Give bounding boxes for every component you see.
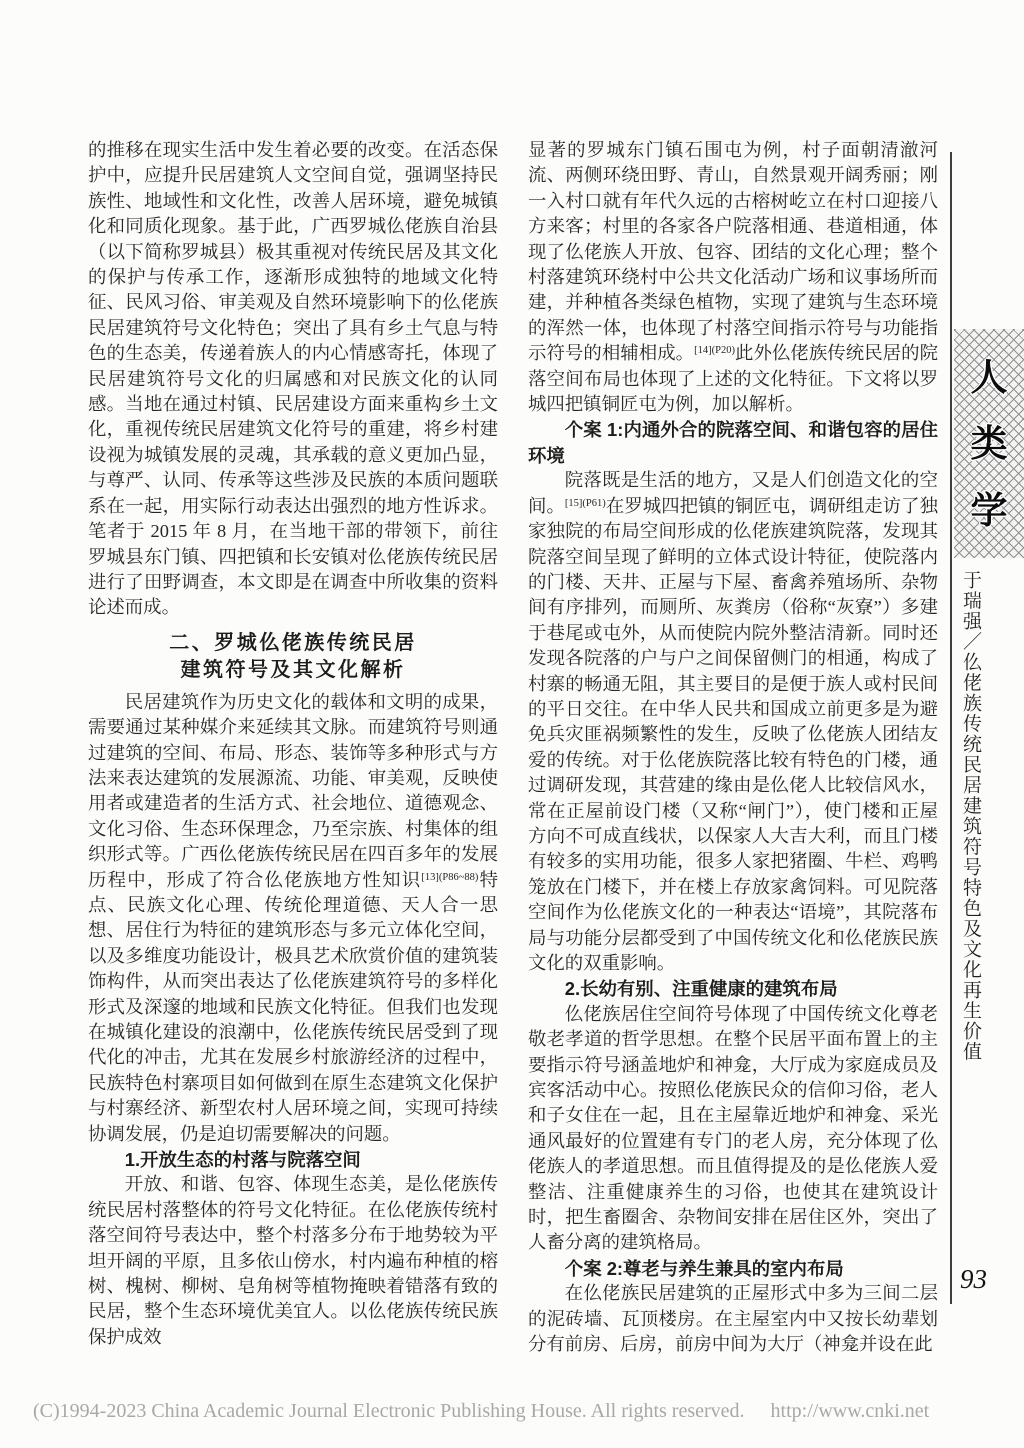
journal-page: 的推移在现实生活中发生着必要的改变。在活态保护中，应提升民居建筑人文空间自觉，强… — [0, 0, 1024, 1448]
citation-superscript: [15](P61) — [565, 498, 606, 509]
footer-url: http://www.cnki.net — [771, 1400, 930, 1422]
paragraph: 开放、和谐、包容、体现生态美，是仫佬族传统民居村落整体的符号文化特征。在仫佬族传… — [88, 1172, 498, 1350]
category-char: 类 — [971, 425, 1008, 462]
sub-heading: 2.长幼有别、注重健康的建筑布局 — [528, 976, 938, 1001]
section-heading: 二、罗城仫佬族传统民居建筑符号及其文化解析 — [88, 630, 498, 684]
category-char: 学 — [971, 492, 1008, 529]
citation-superscript: [14](P20) — [694, 345, 735, 356]
sidebar-divider-line — [950, 152, 952, 1304]
paragraph: 民居建筑作为历史文化的载体和文明的成果，需要通过某种媒介来延续其文脉。而建筑符号… — [88, 690, 498, 1147]
left-column: 的推移在现实生活中发生着必要的改变。在活态保护中，应提升民居建筑人文空间自觉，强… — [88, 138, 498, 1350]
sub-heading: 个案 2:尊老与养生兼具的室内布局 — [528, 1256, 938, 1281]
paragraph: 的推移在现实生活中发生着必要的改变。在活态保护中，应提升民居建筑人文空间自觉，强… — [88, 138, 498, 621]
paragraph: 仫佬族居住空间符号体现了中国传统文化尊老敬老孝道的哲学思想。在整个民居平面布置上… — [528, 1002, 938, 1256]
citation-superscript: [13](P86~88) — [421, 872, 478, 883]
sub-heading: 个案 1:内通外合的院落空间、和谐包容的居住环境 — [528, 417, 938, 468]
paragraph: 院落既是生活的地方，又是人们创造文化的空间。[15](P61)在罗城四把镇的铜匠… — [528, 468, 938, 976]
section-heading-line: 建筑符号及其文化解析 — [88, 657, 498, 684]
sub-heading: 1.开放生态的村落与院落空间 — [88, 1147, 498, 1172]
section-heading-line: 二、罗城仫佬族传统民居 — [88, 630, 498, 657]
paragraph: 在仫佬族民居建筑的正屋形式中多为三间二层的泥砖墙、瓦顶楼房。在主屋室内中又按长幼… — [528, 1281, 938, 1357]
category-box: 人 类 学 — [954, 329, 1024, 558]
sidebar-byline: 于瑞强／仫佬族传统民居建筑符号特色及文化再生价值 — [957, 570, 984, 1075]
footer-copyright: (C)1994-2023 China Academic Journal Elec… — [33, 1400, 745, 1422]
footer: (C)1994-2023 China Academic Journal Elec… — [33, 1400, 993, 1423]
page-number: 93 — [960, 1264, 987, 1295]
right-column: 显著的罗城东门镇石围屯为例，村子面朝清澈河流、两侧环绕田野、青山，自然景观开阔秀… — [528, 138, 938, 1358]
paragraph: 显著的罗城东门镇石围屯为例，村子面朝清澈河流、两侧环绕田野、青山，自然景观开阔秀… — [528, 138, 938, 417]
category-char: 人 — [971, 359, 1008, 396]
